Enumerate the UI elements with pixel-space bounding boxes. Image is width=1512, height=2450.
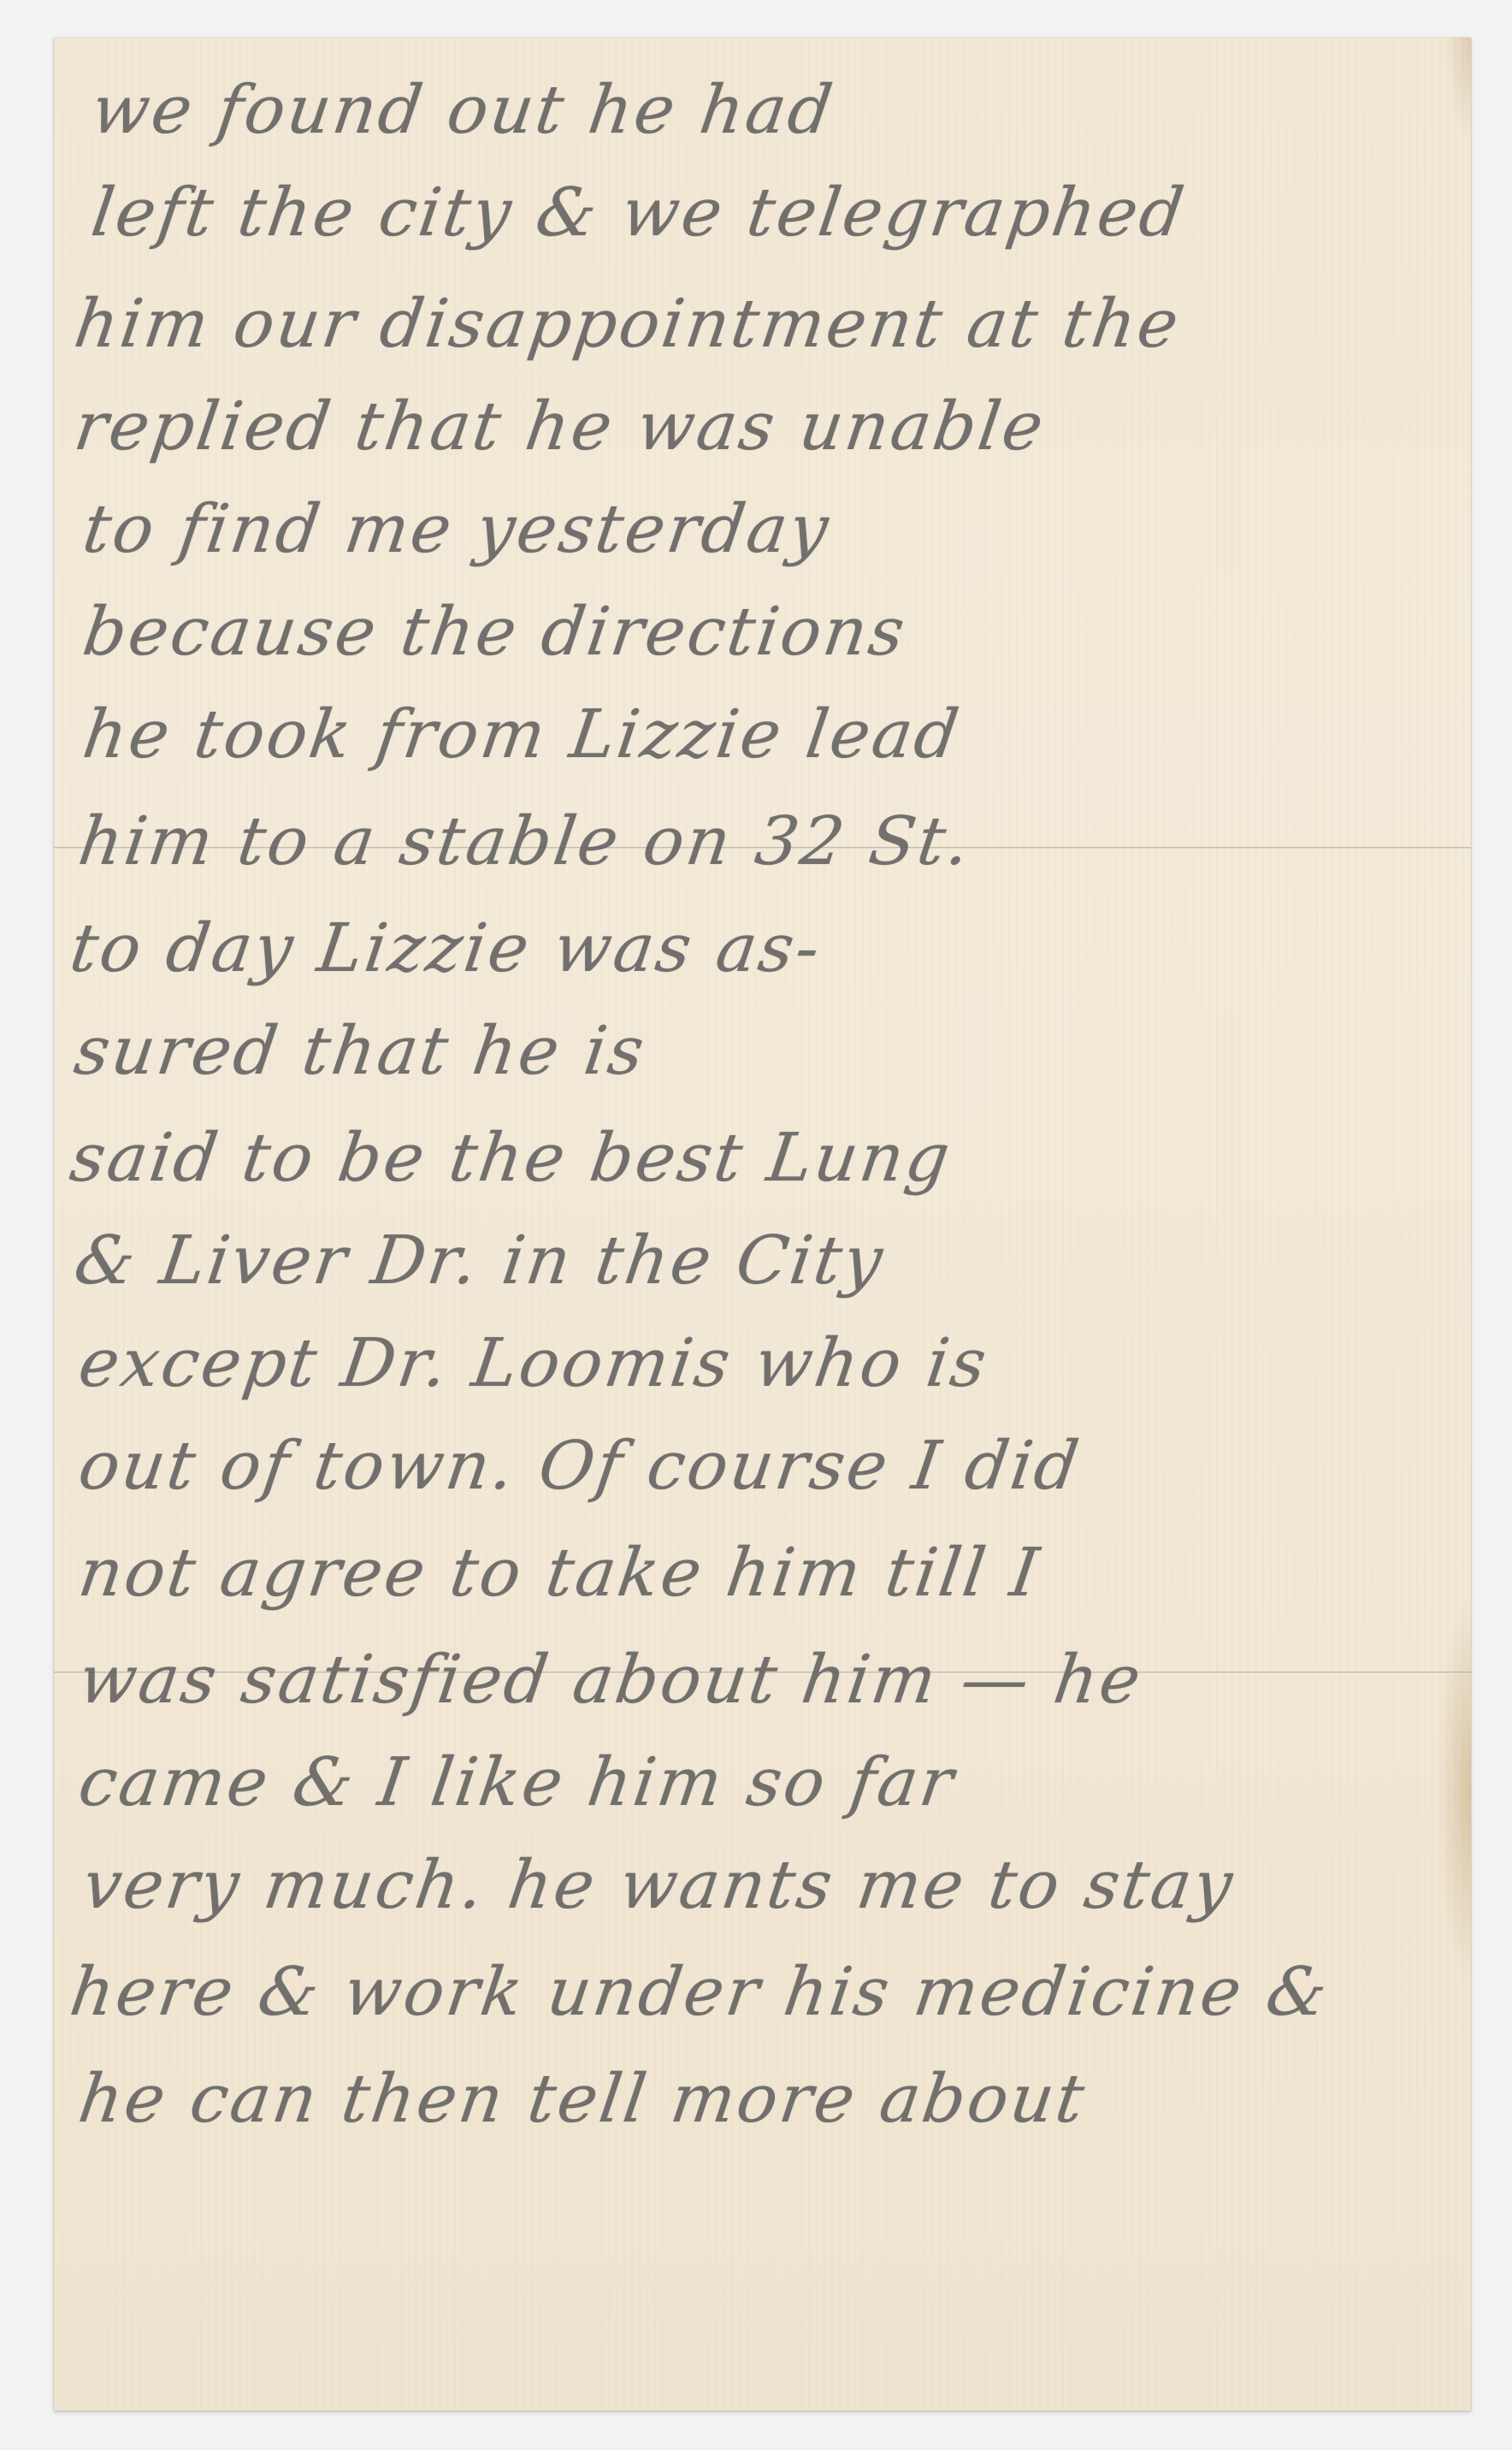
- handwritten-line: said to be the best Lung: [66, 1120, 1477, 1197]
- letter-page: we found out he had left the city & we t…: [54, 38, 1471, 2411]
- handwritten-line: not agree to take him till I: [74, 1535, 1477, 1612]
- handwritten-line: except Dr. Loomis who is: [74, 1325, 1477, 1402]
- handwritten-line: was satisfied about him — he: [74, 1642, 1477, 1719]
- handwritten-line: came & I like him so far: [74, 1744, 1477, 1821]
- handwritten-line: to find me yesterday: [79, 491, 1477, 568]
- handwritten-line: very much. he wants me to stay: [79, 1847, 1477, 1924]
- handwritten-line: he took from Lizzie lead: [79, 696, 1477, 773]
- handwritten-line: he can then tell more about: [74, 2061, 1477, 2138]
- handwritten-line: him to a stable on 32 St.: [74, 803, 1477, 880]
- handwritten-line: replied that he was unable: [70, 388, 1477, 465]
- handwritten-line: left the city & we telegraphed: [87, 175, 1477, 252]
- handwritten-line: to day Lizzie was as-: [66, 910, 1477, 987]
- handwritten-line: here & work under his medicine &: [66, 1954, 1477, 2031]
- handwritten-line: out of town. Of course I did: [74, 1428, 1477, 1505]
- handwritten-line: we found out he had: [87, 72, 1477, 149]
- handwritten-line: him our disappointment at the: [70, 286, 1477, 363]
- handwritten-line: sured that he is: [70, 1013, 1477, 1090]
- handwritten-line: & Liver Dr. in the City: [70, 1222, 1477, 1299]
- handwritten-line: because the directions: [79, 594, 1477, 671]
